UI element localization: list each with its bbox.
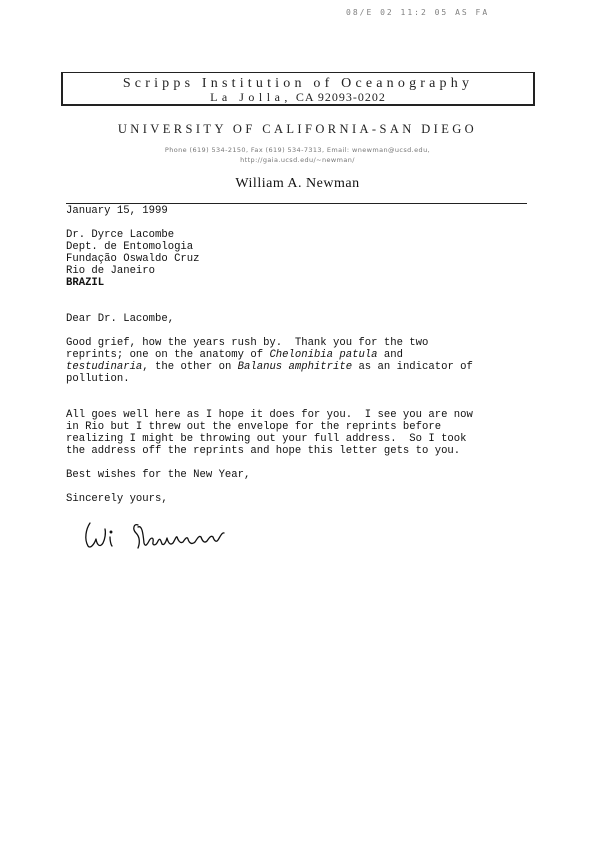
- text-run: , the other on: [142, 361, 237, 373]
- institution-location: La Jolla, CA 92093-0202: [63, 90, 533, 105]
- address-line: Dr. Dyrce Lacombe: [66, 229, 200, 241]
- salutation: Dear Dr. Lacombe,: [66, 313, 174, 325]
- closing-sign-off: Sincerely yours,: [66, 493, 168, 505]
- text-run: as an indicator of: [352, 361, 473, 373]
- contact-url: http://gaia.ucsd.edu/~newman/: [0, 156, 595, 164]
- address-line: Dept. de Entomologia: [66, 241, 200, 253]
- address-line: BRAZIL: [66, 277, 200, 289]
- contact-phone-fax-email: Phone (619) 534-2150, Fax (619) 534-7313…: [0, 146, 595, 154]
- institution-city: La Jolla,: [210, 90, 292, 104]
- closing-wishes: Best wishes for the New Year,: [66, 469, 250, 481]
- text-run: and: [378, 349, 403, 361]
- species-name: Chelonibia patula: [269, 349, 377, 361]
- paragraph-2: All goes well here as I hope it does for…: [66, 409, 473, 457]
- address-line: Rio de Janeiro: [66, 265, 200, 277]
- institution-zip: CA 92093-0202: [296, 90, 386, 104]
- paragraph-line: the address off the reprints and hope th…: [66, 445, 473, 457]
- sender-name: William A. Newman: [0, 176, 595, 192]
- paragraph-line: in Rio but I threw out the envelope for …: [66, 421, 473, 433]
- recipient-address: Dr. Dyrce LacombeDept. de EntomologiaFun…: [66, 229, 200, 289]
- text-run: reprints; one on the anatomy of: [66, 349, 269, 361]
- address-line: Fundação Oswaldo Cruz: [66, 253, 200, 265]
- paragraph-line: Good grief, how the years rush by. Thank…: [66, 337, 473, 349]
- species-name: testudinaria: [66, 361, 142, 373]
- letterhead-institution-box: Scripps Institution of Oceanography La J…: [61, 72, 535, 106]
- species-name: Balanus amphitrite: [238, 361, 352, 373]
- paragraph-1: Good grief, how the years rush by. Thank…: [66, 337, 473, 385]
- letterhead-divider: [66, 203, 527, 204]
- paragraph-line: testudinaria, the other on Balanus amphi…: [66, 361, 473, 373]
- paragraph-line: All goes well here as I hope it does for…: [66, 409, 473, 421]
- handwritten-signature: W. Newman: [80, 515, 250, 557]
- letter-date: January 15, 1999: [66, 205, 168, 217]
- paragraph-line: pollution.: [66, 373, 473, 385]
- paragraph-line: reprints; one on the anatomy of Chelonib…: [66, 349, 473, 361]
- university-name: UNIVERSITY OF CALIFORNIA-SAN DIEGO: [0, 122, 595, 137]
- paragraph-line: realizing I might be throwing out your f…: [66, 433, 473, 445]
- fax-transmission-header: 08/E 02 11:2 05 AS FA: [346, 8, 489, 17]
